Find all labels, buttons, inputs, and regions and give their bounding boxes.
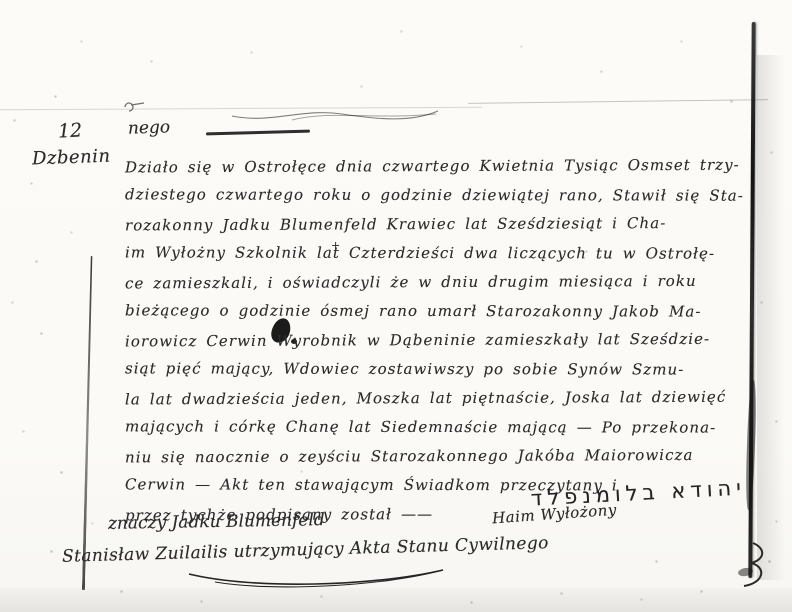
margin-place-name: Dzbenin bbox=[32, 146, 111, 170]
paper-speckles bbox=[0, 0, 1, 1]
left-fold-line bbox=[82, 256, 93, 590]
crossed-out-squiggle bbox=[230, 106, 442, 126]
top-annotation-nego: nego bbox=[128, 117, 171, 138]
end-flourish-mark bbox=[733, 540, 769, 590]
record-body-text: Działo się w Ostrołęce dnia czwartego Kw… bbox=[125, 152, 757, 529]
act-number: 12 bbox=[57, 119, 82, 142]
top-annotation-dash bbox=[206, 130, 310, 136]
small-circle-mark bbox=[118, 99, 146, 115]
right-edge-smudge bbox=[757, 55, 792, 580]
body-line: ce zamieszkali, i oświadczyli że w dniu … bbox=[125, 267, 757, 299]
body-line: Działo się w Ostrołęce dnia czwartego Kw… bbox=[125, 151, 757, 183]
body-line: im Wyłożny Szkolnik lat Czterdzieści dwa… bbox=[125, 238, 757, 268]
witness-signature: znaczy Jadku Blumenfeld bbox=[108, 510, 325, 534]
body-line: mających i córkę Chanę lat Siedemnaście … bbox=[125, 412, 757, 442]
registrar-signature: Stanisław Zuilailis utrzymujący Akta Sta… bbox=[62, 533, 549, 567]
scan-fold-line-top-right bbox=[468, 99, 768, 104]
body-line: niu się naocznie o zeyściu Starozakonneg… bbox=[125, 441, 757, 473]
body-line: dziestego czwartego roku o godzinie dzie… bbox=[125, 180, 757, 210]
signature-flourish-underline bbox=[185, 564, 455, 592]
body-line: rozakonny Jadku Blumenfeld Krawiec lat S… bbox=[125, 209, 757, 241]
document-scan-page: 12 nego Dzbenin + Działo się w Ostrołęce… bbox=[0, 0, 792, 612]
body-line: la lat dwadzieścia jeden, Moszka lat pię… bbox=[125, 383, 757, 415]
body-line: iorowicz Cerwin Wyrobnik w Dąbeninie zam… bbox=[125, 325, 757, 357]
body-line: siąt pięć mający, Wdowiec zostawiwszy po… bbox=[125, 354, 757, 384]
body-line: bieżącego o godzinie ósmej rano umarł St… bbox=[125, 296, 757, 326]
